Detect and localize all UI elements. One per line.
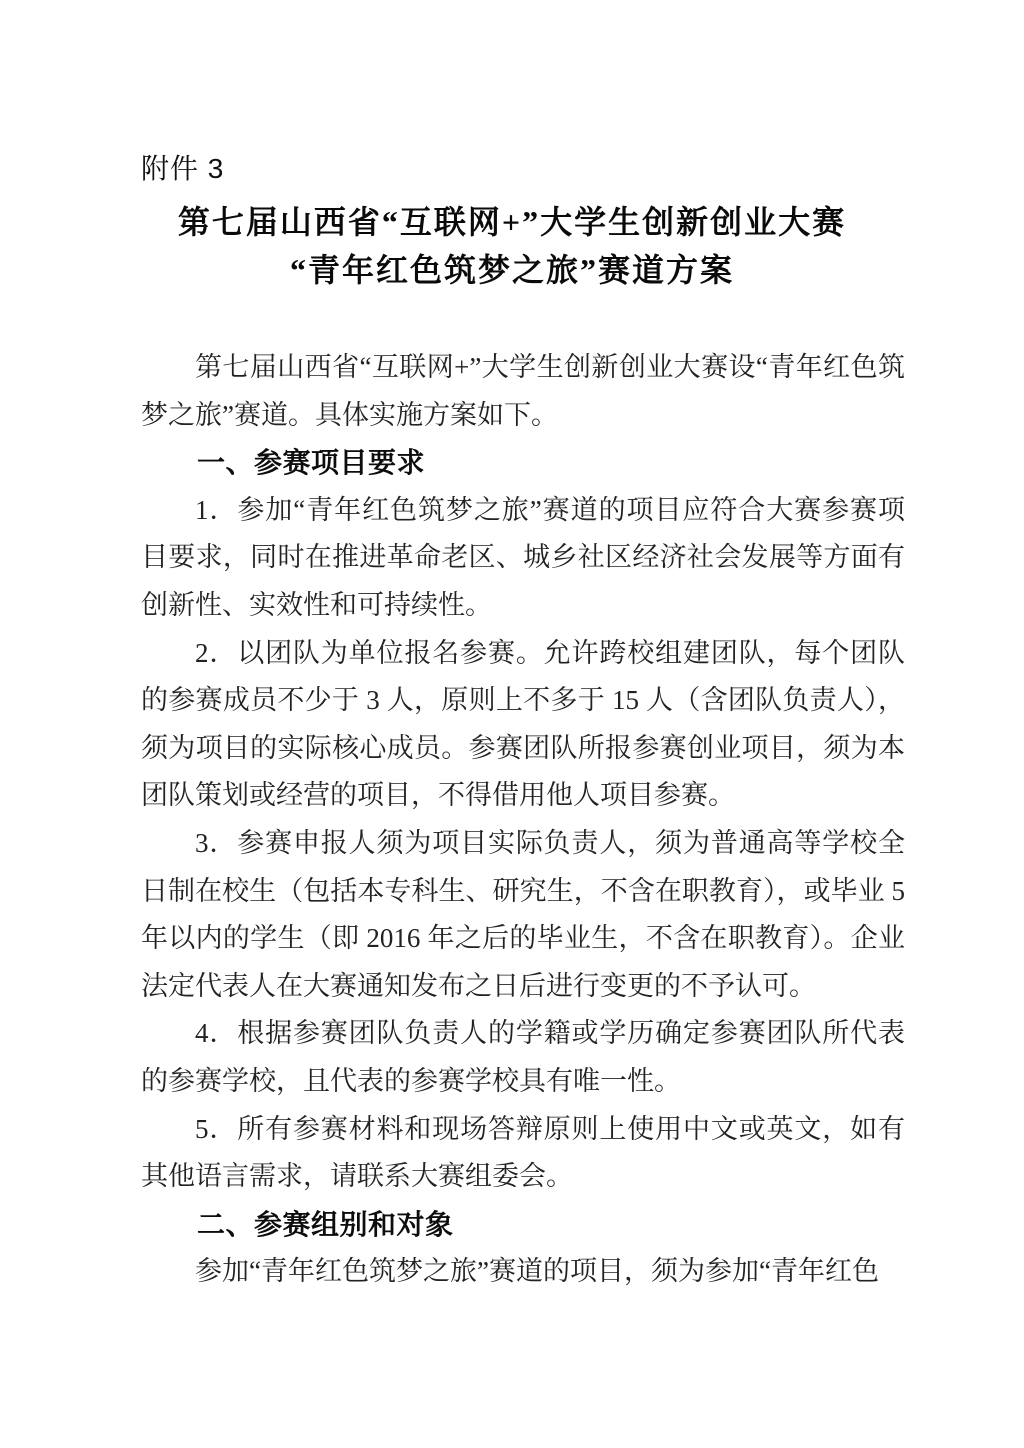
document-title-line-2: “青年红色筑梦之旅”赛道方案: [0, 246, 1024, 294]
section-1-item-3: 3．参赛申报人须为项目实际负责人，须为普通高等学校全日制在校生（包括本专科生、研…: [141, 820, 905, 1010]
document-page: 附件 3 第七届山西省“互联网+”大学生创新创业大赛 “青年红色筑梦之旅”赛道方…: [0, 0, 1024, 1448]
section-1-item-4: 4．根据参赛团队负责人的学籍或学历确定参赛团队所代表的参赛学校，且代表的参赛学校…: [141, 1010, 905, 1105]
document-body: 第七届山西省“互联网+”大学生创新创业大赛设“青年红色筑梦之旅”赛道。具体实施方…: [141, 344, 905, 1296]
attachment-label: 附件 3: [141, 152, 224, 186]
section-1-heading: 一、参赛项目要求: [141, 439, 905, 487]
section-2-heading: 二、参赛组别和对象: [141, 1201, 905, 1249]
section-1-item-1: 1．参加“青年红色筑梦之旅”赛道的项目应符合大赛参赛项目要求，同时在推进革命老区…: [141, 487, 905, 630]
section-1-item-2: 2．以团队为单位报名参赛。允许跨校组建团队，每个团队的参赛成员不少于 3 人，原…: [141, 630, 905, 820]
section-1-item-5: 5．所有参赛材料和现场答辩原则上使用中文或英文，如有其他语言需求，请联系大赛组委…: [141, 1106, 905, 1201]
intro-paragraph: 第七届山西省“互联网+”大学生创新创业大赛设“青年红色筑梦之旅”赛道。具体实施方…: [141, 344, 905, 439]
section-2-paragraph: 参加“青年红色筑梦之旅”赛道的项目，须为参加“青年红色: [141, 1248, 905, 1296]
document-title-line-1: 第七届山西省“互联网+”大学生创新创业大赛: [0, 198, 1024, 246]
document-title: 第七届山西省“互联网+”大学生创新创业大赛 “青年红色筑梦之旅”赛道方案: [0, 198, 1024, 294]
